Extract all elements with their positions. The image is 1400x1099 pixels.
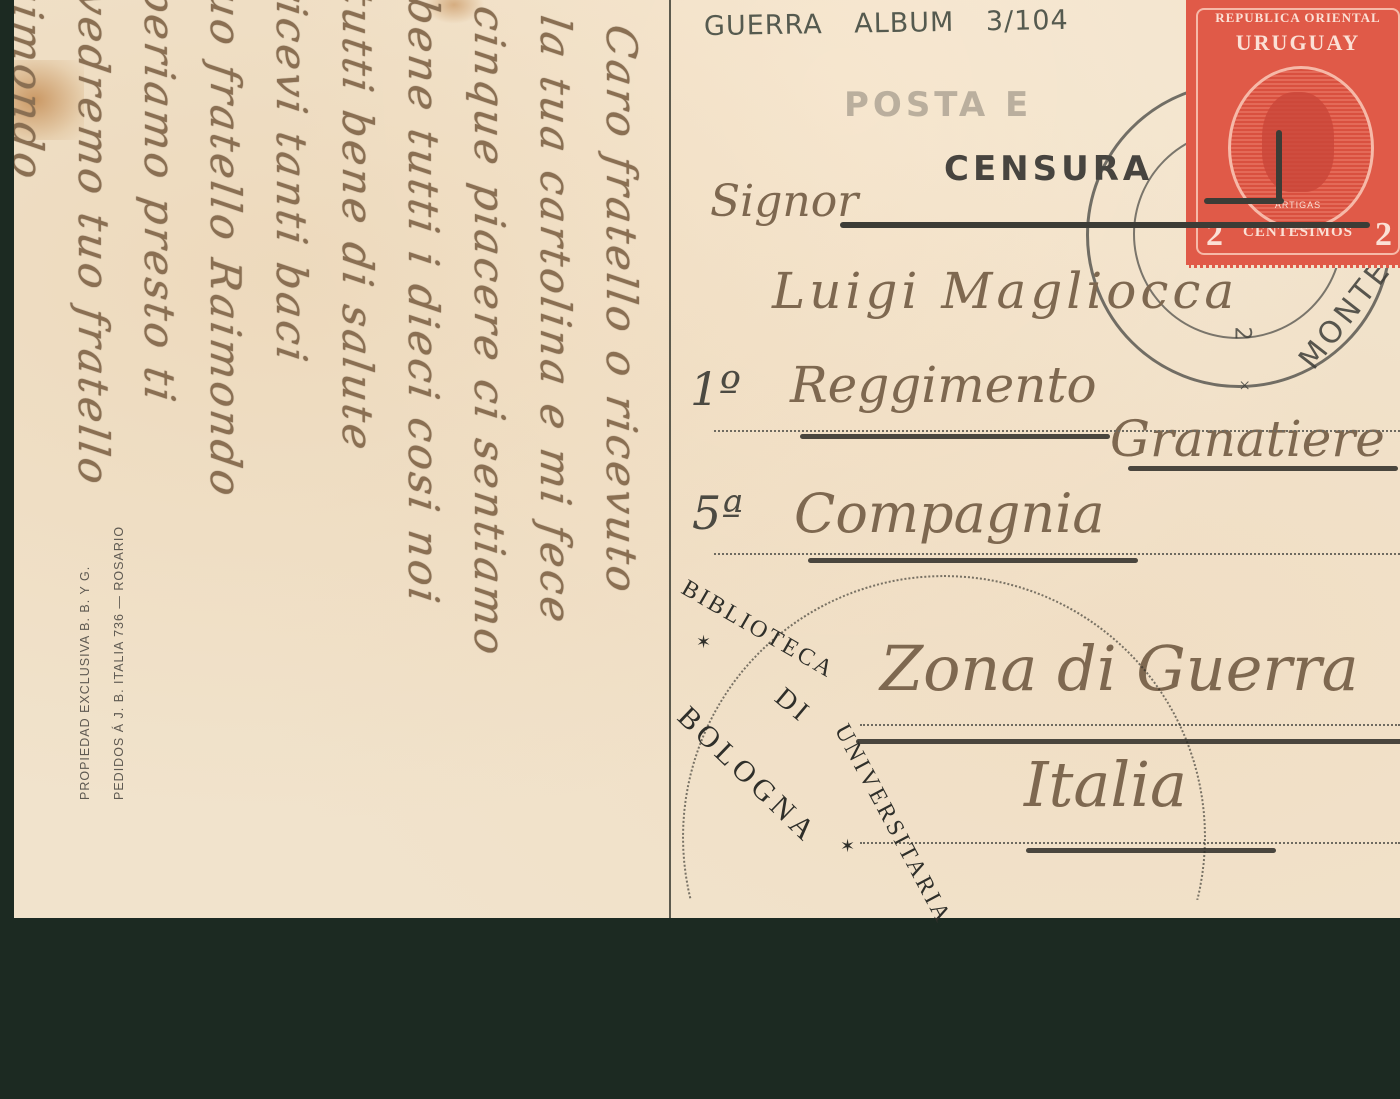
address-guide-line	[714, 430, 1400, 432]
address-regiment-type: Granatiere	[1110, 410, 1385, 468]
card-divider	[669, 0, 671, 918]
underline	[1128, 466, 1398, 471]
message-line: tutti bene di salute	[324, 0, 390, 893]
company-number: 5ª	[692, 486, 743, 540]
stamp-header: REPUBLICA ORIENTAL	[1186, 10, 1400, 26]
stamp-country: URUGUAY	[1186, 30, 1400, 56]
underline	[800, 434, 1110, 439]
message-line: ricevi tanti baci	[258, 0, 324, 884]
cancel-bar	[1204, 198, 1284, 204]
star-icon: ✶	[696, 632, 711, 653]
postmark-star-icon: ×	[1239, 375, 1250, 398]
archive-pencil-note: GUERRA ALBUM 3/104	[704, 5, 1069, 42]
message-area: Caro fratello o ricevuto la tua cartolin…	[14, 0, 669, 918]
message-line: la tua cartolina e mi fece	[522, 11, 588, 918]
address-guide-line	[714, 553, 1400, 555]
star-icon: ✶	[840, 836, 855, 857]
underline	[808, 558, 1138, 563]
message-line: cinque piacere ci sentiamo	[456, 2, 522, 911]
message-line: Raimondo	[14, 0, 60, 847]
publisher-imprint: PROPIEDAD EXCLUSIVA B. B. Y G. PEDIDOS Á…	[68, 526, 136, 800]
message-line: tuo fratello Raimondo	[192, 0, 258, 874]
portrait-icon	[1262, 92, 1334, 192]
address-name: Luigi Magliocca	[772, 262, 1238, 320]
imprint-line: PEDIDOS Á J. B. ITALIA 736 — ROSARIO	[102, 526, 136, 800]
cancel-bar	[840, 222, 1370, 228]
message-line: Caro fratello o ricevuto	[588, 21, 654, 918]
imprint-line: PROPIEDAD EXCLUSIVA B. B. Y G.	[68, 526, 102, 800]
postcard: Caro fratello o ricevuto la tua cartolin…	[14, 0, 1400, 918]
stamp-value-right: 2	[1375, 216, 1392, 254]
message-line: bene tutti i dieci cosi noi	[390, 0, 456, 902]
cancel-bar	[1276, 130, 1282, 204]
regiment-number: 1º	[690, 362, 741, 416]
postmark-date: 2	[1230, 327, 1255, 341]
address-regiment: Reggimento	[790, 356, 1097, 414]
address-company: Compagnia	[794, 482, 1105, 545]
address-salutation: Signor	[710, 176, 858, 227]
censor-line-1: POSTA E	[844, 88, 1153, 122]
